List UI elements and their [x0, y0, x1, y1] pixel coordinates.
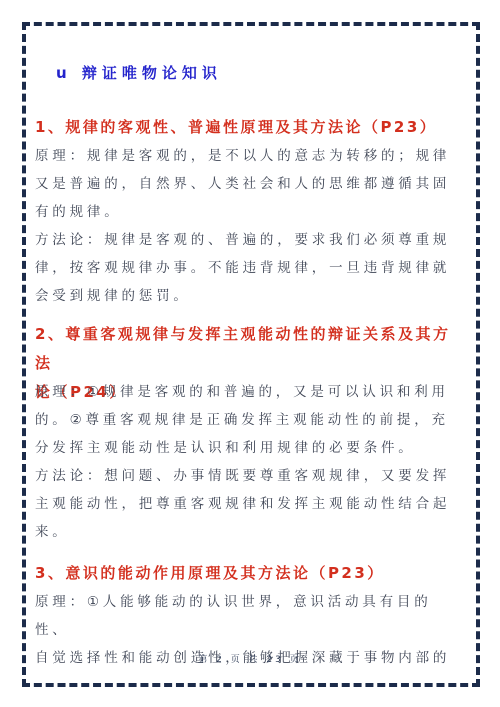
document-title: u 辩证唯物论知识	[56, 62, 222, 83]
section-body: 原理：规律是客观的，是不以人的意志为转移的；规律 又是普遍的，自然界、人类社会和…	[35, 142, 464, 310]
document-page: u 辩证唯物论知识 1、规律的客观性、普遍性原理及其方法论（P23） 原理：规律…	[0, 0, 500, 707]
section-heading: 1、规律的客观性、普遍性原理及其方法论（P23）	[35, 113, 462, 142]
section-heading: 3、意识的能动作用原理及其方法论（P23）	[35, 558, 462, 588]
page-number-footer: 第 2 页 共 23 页	[0, 652, 500, 665]
section-body: 原理：①规律是客观的和普遍的，又是可以认识和利用 的。②尊重客观规律是正确发挥主…	[35, 378, 464, 546]
